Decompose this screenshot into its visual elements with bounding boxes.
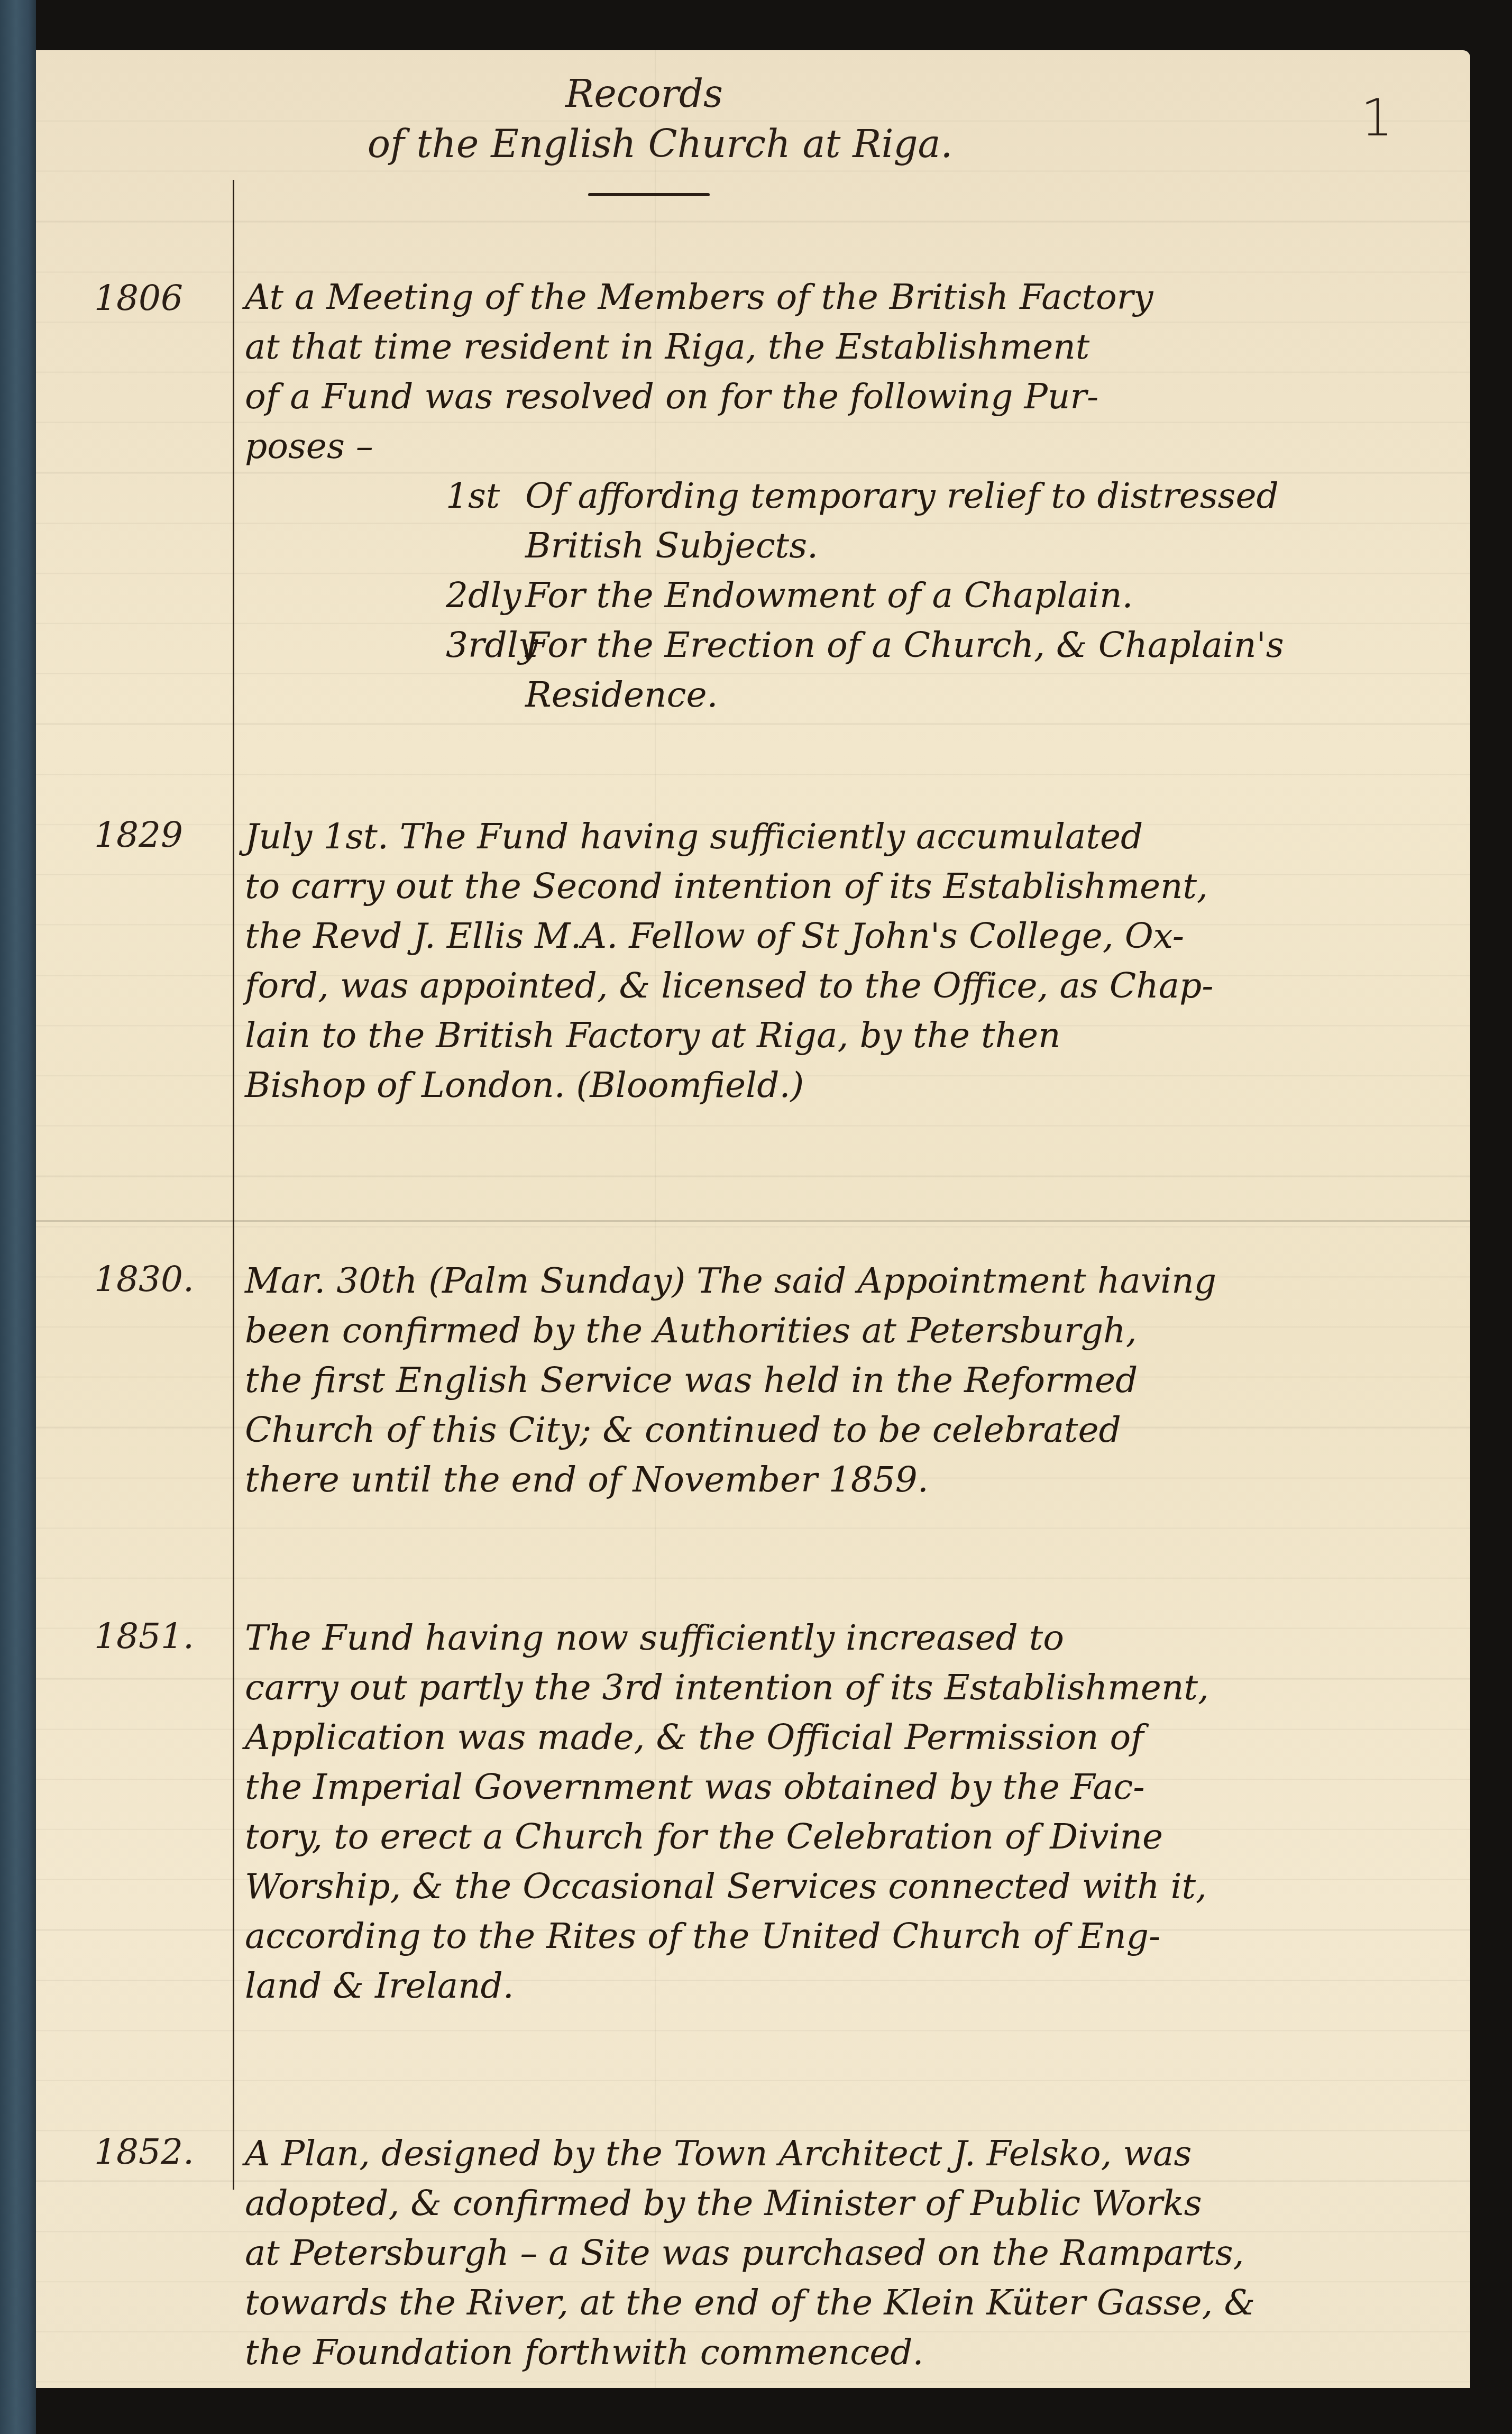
entry-line: ford, was appointed, & licensed to the O… [245,961,1456,1011]
entry-line: to carry out the Second intention of its… [245,862,1456,911]
entry-line: Worship, & the Occasional Services conne… [245,1862,1456,1911]
entry-line: July 1st. The Fund having sufficiently a… [245,812,1456,862]
entry-line: according to the Rites of the United Chu… [245,1911,1456,1961]
entry-line: At a Meeting of the Members of the Briti… [245,272,1456,322]
purpose-item-2: 2dlyFor the Endowment of a Chaplain. [245,571,1456,620]
entry-line: of a Fund was resolved on for the follow… [245,372,1456,422]
purpose-line: British Subjects. [446,521,1456,571]
entry-line: at that time resident in Riga, the Estab… [245,322,1456,372]
title-underline [588,193,710,196]
entry-body: A Plan, designed by the Town Architect J… [245,2129,1456,2377]
page-subtitle: of the English Church at Riga. [263,122,1057,166]
entry-line: The Fund having now sufficiently increas… [245,1613,1456,1663]
page-number: 1 [1361,88,1393,148]
purpose-line: Residence. [446,670,1456,720]
purpose-line: Of affording temporary relief to distres… [525,475,1279,516]
entry-line: been confirmed by the Authorities at Pet… [245,1306,1456,1356]
entry-body: The Fund having now sufficiently increas… [245,1613,1456,2011]
purpose-label: 3rdly [446,620,525,670]
entry-line: land & Ireland. [245,1961,1456,2011]
purpose-item-1: 1stOf affording temporary relief to dist… [245,471,1456,571]
entry-line: the Revd J. Ellis M.A. Fellow of St John… [245,911,1456,961]
entry-line: the Foundation forthwith commenced. [245,2328,1456,2377]
entry-line: lain to the British Factory at Riga, by … [245,1011,1456,1060]
horizontal-fold-line [36,1220,1470,1222]
entry-body: Mar. 30th (Palm Sunday) The said Appoint… [245,1256,1456,1505]
entry-line: adopted, & confirmed by the Minister of … [245,2179,1456,2228]
entry-line: towards the River, at the end of the Kle… [245,2278,1456,2328]
entry-line: Mar. 30th (Palm Sunday) The said Appoint… [245,1256,1456,1306]
entry-line: poses – [245,422,1456,471]
entry-year: 1806 [94,278,226,318]
purpose-item-3: 3rdlyFor the Erection of a Church, & Cha… [245,620,1456,720]
entry-body: July 1st. The Fund having sufficiently a… [245,812,1456,1110]
purpose-line: For the Erection of a Church, & Chaplain… [525,625,1284,665]
entry-line: at Petersburgh – a Site was purchased on… [245,2228,1456,2278]
purpose-label: 2dly [446,571,525,620]
book-binding [0,0,36,2434]
entry-year: 1829 [94,815,226,855]
margin-rule [233,180,234,2190]
entry-line: tory, to erect a Church for the Celebrat… [245,1812,1456,1862]
purpose-label: 1st [446,471,525,521]
manuscript-page: Records of the English Church at Riga. 1… [36,50,1470,2388]
purpose-line: For the Endowment of a Chaplain. [525,575,1133,616]
entry-line: there until the end of November 1859. [245,1455,1456,1505]
entry-line: Bishop of London. (Bloomfield.) [245,1060,1456,1110]
entry-year: 1852. [94,2131,226,2172]
entry-year: 1830. [94,1259,226,1300]
entry-line: the first English Service was held in th… [245,1356,1456,1405]
entry-body: At a Meeting of the Members of the Briti… [245,272,1456,720]
entry-year: 1851. [94,1616,226,1657]
entry-line: Application was made, & the Official Per… [245,1713,1456,1762]
page-title: Records [300,71,988,116]
entry-line: the Imperial Government was obtained by … [245,1762,1456,1812]
entry-line: carry out partly the 3rd intention of it… [245,1663,1456,1713]
entry-line: A Plan, designed by the Town Architect J… [245,2129,1456,2179]
entry-line: Church of this City; & continued to be c… [245,1405,1456,1455]
